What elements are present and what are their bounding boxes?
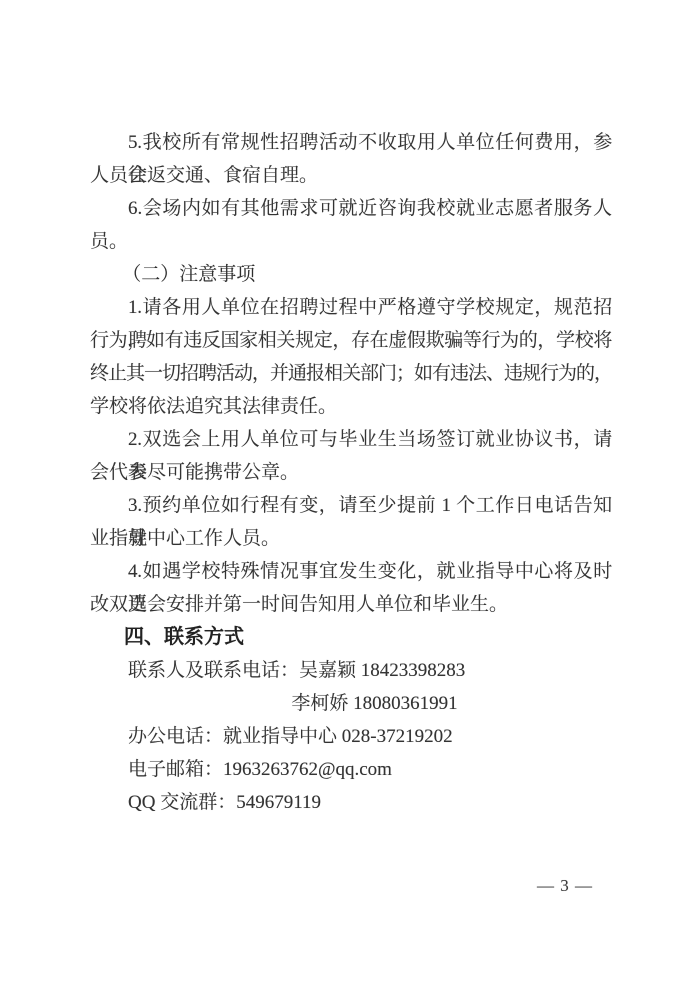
section-heading-notes: （二）注意事项 (90, 258, 612, 291)
notice-4-line-2: 改双选会安排并第一时间告知用人单位和毕业生。 (90, 588, 612, 621)
notice-1-line-2: 行为，如有违反国家相关规定，存在虚假欺骗等行为的，学校将 (90, 324, 612, 357)
notice-3-line-1: 3.预约单位如行程有变，请至少提前 1 个工作日电话告知就 (90, 489, 612, 522)
page-number: — 3 — (537, 876, 593, 896)
document-body: 5.我校所有常规性招聘活动不收取用人单位任何费用，参会人员往返交通、食宿自理。6… (90, 126, 612, 819)
notice-2-line-2: 会代表尽可能携带公章。 (90, 456, 612, 489)
note-5-line-2: 人员往返交通、食宿自理。 (90, 159, 612, 192)
notice-1-line-3: 终止其一切招聘活动，并通报相关部门；如有违法、违规行为的， (90, 357, 612, 390)
document-page: 5.我校所有常规性招聘活动不收取用人单位任何费用，参会人员往返交通、食宿自理。6… (0, 0, 700, 991)
section-heading-contact: 四、联系方式 (90, 621, 612, 654)
email-line: 电子邮箱：1963263762@qq.com (90, 753, 612, 786)
contact-person-line-2: 李柯娇 18080361991 (90, 687, 612, 720)
contact-person-line-1: 联系人及联系电话：吴嘉颖 18423398283 (90, 654, 612, 687)
qq-group-line: QQ 交流群：549679119 (90, 786, 612, 819)
notice-4-line-1: 4.如遇学校特殊情况事宜发生变化，就业指导中心将及时更 (90, 555, 612, 588)
notice-3-line-2: 业指导中心工作人员。 (90, 522, 612, 555)
note-6-line-1: 6.会场内如有其他需求可就近咨询我校就业志愿者服务人 (90, 192, 612, 225)
office-phone-line: 办公电话：就业指导中心 028-37219202 (90, 720, 612, 753)
note-6-line-2: 员。 (90, 225, 612, 258)
notice-1-line-4: 学校将依法追究其法律责任。 (90, 390, 612, 423)
notice-1-line-1: 1.请各用人单位在招聘过程中严格遵守学校规定，规范招聘 (90, 291, 612, 324)
notice-2-line-1: 2.双选会上用人单位可与毕业生当场签订就业协议书，请参 (90, 423, 612, 456)
note-5-line-1: 5.我校所有常规性招聘活动不收取用人单位任何费用，参会 (90, 126, 612, 159)
